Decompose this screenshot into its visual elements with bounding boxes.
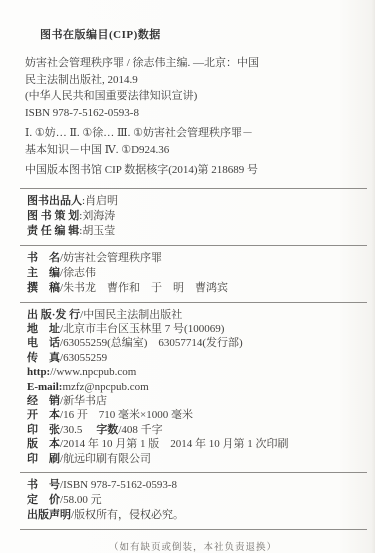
sheets-value: 30.5 [63, 424, 82, 436]
chief-editor-value: 徐志伟 [63, 267, 96, 279]
row-distributor: 经 销/新华书店 [27, 394, 361, 408]
writers-label: 撰 稿 [27, 282, 60, 294]
cip-classification-line2: 基本知识－中国 Ⅳ. ①D924.36 [25, 142, 361, 159]
edition-label: 版 本 [27, 438, 60, 450]
address-value: 北京市丰台区玉林里 7 号(100069) [63, 323, 224, 335]
chief-editor-label: 主 编 [27, 267, 60, 279]
pricing-block: 书 号/ISBN 978-7-5162-0593-8 定 价/58.00 元 出… [25, 473, 361, 529]
row-printer: 印 刷/航远印刷有限公司 [27, 452, 361, 466]
cip-isbn: ISBN 978-7-5162-0593-8 [25, 105, 361, 122]
editor-value: 胡玉莹 [82, 225, 115, 237]
row-email: E-mail:mzfz@npcpub.com [27, 380, 361, 394]
book-title-label: 书 名 [27, 252, 60, 264]
row-sheets-words: 印 张/30.5字数/408 千字 [27, 423, 361, 437]
credits-block: 图书出品人:肖启明 图 书 策 划:刘海涛 责 任 编 辑:胡玉莹 [25, 189, 361, 245]
planner-label: 图 书 策 划 [27, 210, 79, 222]
printer-label: 印 刷 [27, 453, 60, 465]
row-writers: 撰 稿/朱书龙 曹作和 于 明 曹鸿宾 [27, 281, 361, 296]
row-price: 定 价/58.00 元 [27, 493, 361, 508]
copyright-page: 图书在版编目(CIP)数据 妨害社会管理秩序罪 / 徐志伟主编. —北京：中国 … [0, 0, 375, 553]
divider-5 [20, 529, 367, 530]
email-value: mzfz@npcpub.com [62, 381, 148, 393]
words-value: 408 千字 [121, 424, 162, 436]
fax-label: 传 真 [27, 352, 60, 364]
words-label: 字数 [96, 424, 118, 436]
row-book-title: 书 名/妨害社会管理秩序罪 [27, 251, 361, 266]
price-value: 58.00 元 [63, 494, 102, 506]
book-block: 书 名/妨害社会管理秩序罪 主 编/徐志伟 撰 稿/朱书龙 曹作和 于 明 曹鸿… [25, 246, 361, 302]
planner-value: 刘海涛 [82, 210, 115, 222]
website-value: //www.npcpub.com [50, 366, 136, 378]
cip-title-line2: 民主法制出版社, 2014.9 [25, 72, 361, 89]
format-value: 16 开 710 毫米×1000 毫米 [63, 409, 193, 421]
price-label: 定 价 [27, 494, 60, 506]
producer-label: 图书出品人 [27, 195, 82, 207]
edition-value: 2014 年 10 月第 1 版 2014 年 10 月第 1 次印刷 [63, 438, 289, 450]
row-statement: 出版声明/版权所有，侵权必究。 [27, 508, 361, 523]
printer-value: 航远印刷有限公司 [63, 453, 151, 465]
phone-value: 63055259(总编室) 63057714(发行部) [63, 337, 243, 349]
editor-label: 责 任 编 辑 [27, 225, 79, 237]
writers-value: 朱书龙 曹作和 于 明 曹鸿宾 [63, 282, 228, 294]
cip-registry: 中国版本图书馆 CIP 数据核字(2014)第 218689 号 [25, 162, 361, 179]
cip-header: 图书在版编目(CIP)数据 [40, 26, 361, 42]
row-address: 地 址/北京市丰台区玉林里 7 号(100069) [27, 322, 361, 336]
producer-value: 肖启明 [85, 195, 118, 207]
sheets-label: 印 张 [27, 424, 60, 436]
cip-series: (中华人民共和国重要法律知识宣讲) [25, 88, 361, 105]
publishing-block: 出 版·发 行/中国民主法制出版社 地 址/北京市丰台区玉林里 7 号(1000… [25, 303, 361, 472]
statement-value: 版权所有，侵权必究。 [74, 509, 184, 521]
publisher-label: 出 版·发 行 [27, 309, 80, 321]
book-number-label: 书 号 [27, 479, 60, 491]
row-editor: 责 任 编 辑:胡玉莹 [27, 224, 361, 239]
format-label: 开 本 [27, 409, 60, 421]
book-number-value: ISBN 978-7-5162-0593-8 [63, 479, 177, 491]
distributor-value: 新华书店 [63, 395, 107, 407]
statement-label: 出版声明 [27, 509, 71, 521]
row-edition: 版 本/2014 年 10 月第 1 版 2014 年 10 月第 1 次印刷 [27, 437, 361, 451]
cip-title-line1: 妨害社会管理秩序罪 / 徐志伟主编. —北京：中国 [25, 55, 361, 72]
row-format: 开 本/16 开 710 毫米×1000 毫米 [27, 408, 361, 422]
row-website: http://www.npcpub.com [27, 365, 361, 379]
row-publisher: 出 版·发 行/中国民主法制出版社 [27, 308, 361, 322]
phone-label: 电 话 [27, 337, 60, 349]
row-book-number: 书 号/ISBN 978-7-5162-0593-8 [27, 478, 361, 493]
cip-classification-line1: Ⅰ. ①妨… Ⅱ. ①徐… Ⅲ. ①妨害社会管理秩序罪－ [25, 125, 361, 142]
website-label: http: [27, 366, 50, 378]
book-title-value: 妨害社会管理秩序罪 [63, 252, 162, 264]
row-producer: 图书出品人:肖启明 [27, 194, 361, 209]
fax-value: 63055259 [63, 352, 107, 364]
row-fax: 传 真/63055259 [27, 351, 361, 365]
row-chief-editor: 主 编/徐志伟 [27, 266, 361, 281]
cip-block: 图书在版编目(CIP)数据 妨害社会管理秩序罪 / 徐志伟主编. —北京：中国 … [25, 26, 361, 179]
footer-note: （如有缺页或倒装，本社负责退换） [25, 539, 361, 553]
distributor-label: 经 销 [27, 395, 60, 407]
row-phone: 电 话/63055259(总编室) 63057714(发行部) [27, 336, 361, 350]
publisher-value: 中国民主法制出版社 [83, 309, 182, 321]
email-label: E-mail: [27, 381, 62, 393]
row-planner: 图 书 策 划:刘海涛 [27, 209, 361, 224]
address-label: 地 址 [27, 323, 60, 335]
